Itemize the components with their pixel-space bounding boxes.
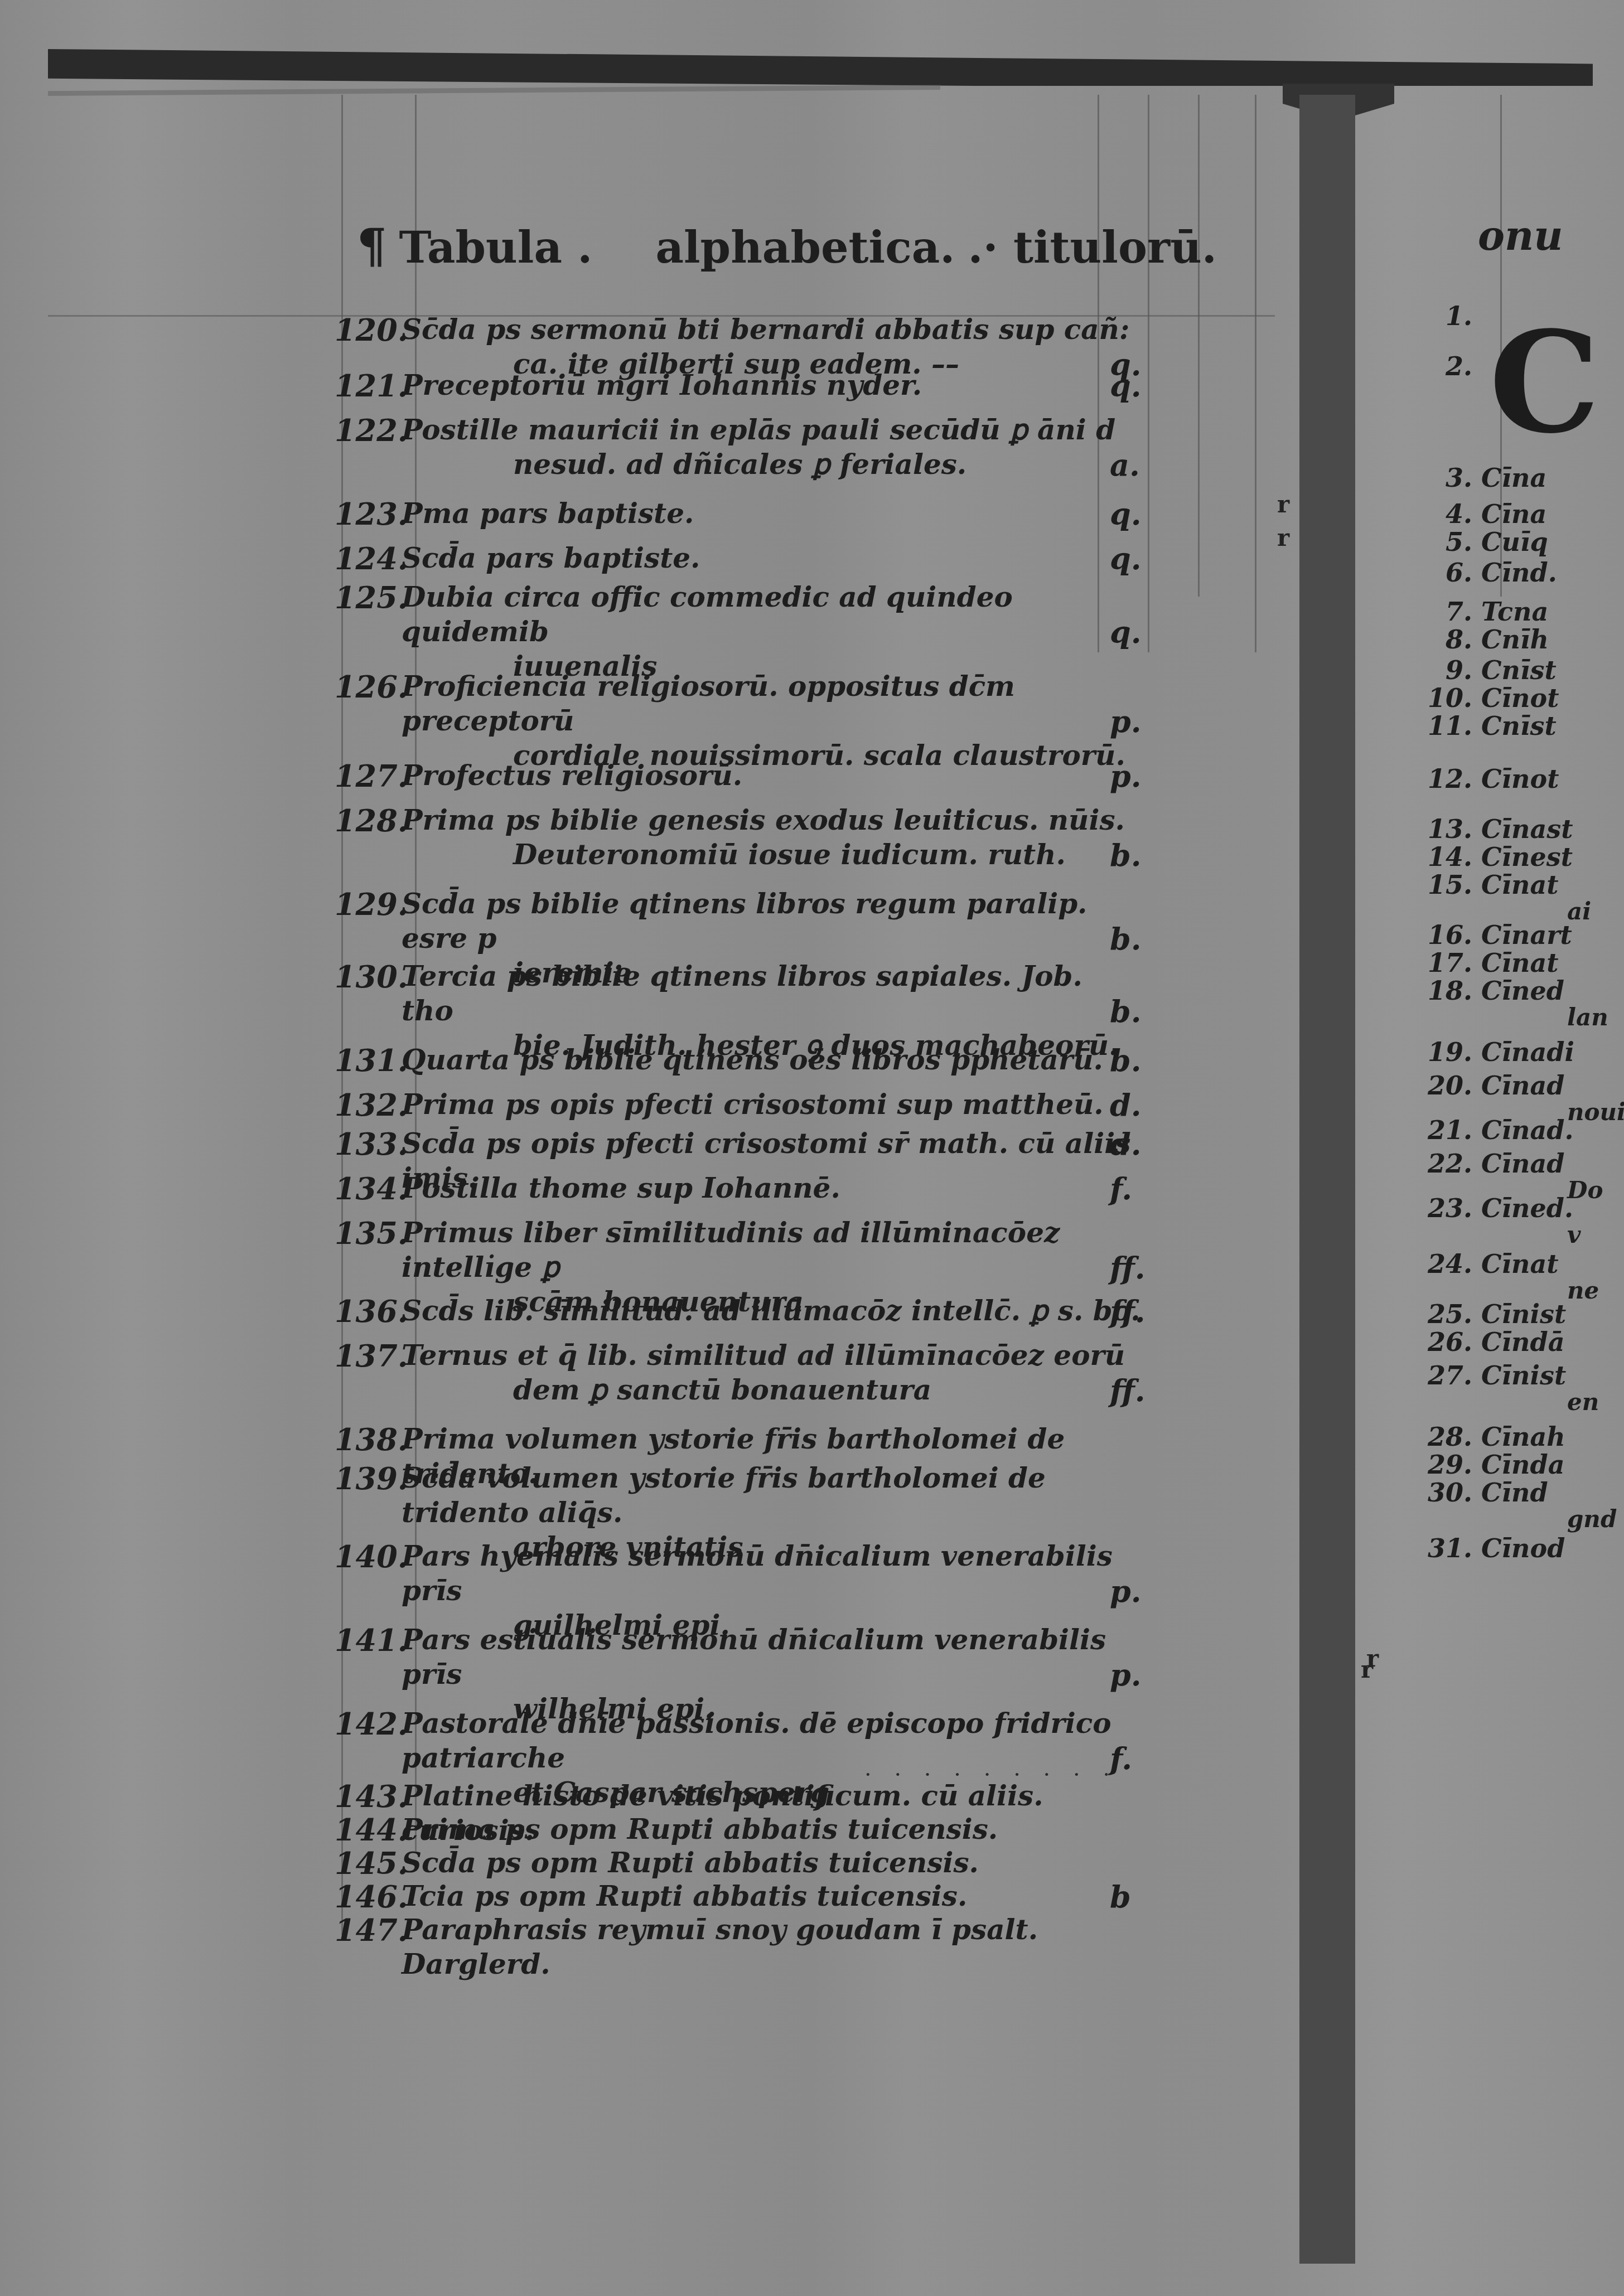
entry-number: 18. bbox=[1405, 976, 1481, 1006]
entry-number: 136. bbox=[335, 1294, 402, 1329]
shelf-mark: a. bbox=[1110, 447, 1154, 483]
entry-text-fragment: Cīnah bbox=[1481, 1422, 1615, 1452]
index-entry: 124.Scd̄a pars baptiste.q. bbox=[335, 541, 1143, 577]
entry-number: 1. bbox=[1405, 301, 1481, 331]
right-page-entry: 27.Cīnist bbox=[1405, 1360, 1615, 1391]
entry-line: Prima ps opm Rupti abbatis tuicensis. bbox=[402, 1812, 1143, 1847]
entry-number: 13. bbox=[1405, 814, 1481, 844]
shelf-mark: p. bbox=[1110, 704, 1154, 739]
entry-text-fragment: Cīnad bbox=[1481, 1071, 1615, 1101]
entry-number: 8. bbox=[1405, 624, 1481, 655]
entry-line: Tcia ps opm Rupti abbatis tuicensis. bbox=[402, 1879, 1143, 1914]
right-page-entry: 28.Cīnah bbox=[1405, 1422, 1615, 1452]
entry-number: 25. bbox=[1405, 1299, 1481, 1329]
entry-continuation-line: dem ꝑ sanctū bonauentura bbox=[402, 1373, 1143, 1407]
entry-number: 144. bbox=[335, 1812, 402, 1848]
entry-text-fragment bbox=[1481, 301, 1615, 331]
entry-number: 17. bbox=[1405, 948, 1481, 978]
right-page-entry: 30.Cīnd bbox=[1405, 1478, 1615, 1508]
index-entry: 136.Scd̄s lib. sīmilitud. ad illūmacōz i… bbox=[335, 1294, 1143, 1329]
right-page-entry: 21.Cīnad. bbox=[1405, 1115, 1615, 1145]
entry-text-fragment: Cīnot bbox=[1481, 683, 1615, 713]
binding-strip bbox=[1299, 95, 1355, 2264]
entry-number: 123. bbox=[335, 496, 402, 532]
entry-text-fragment: Cīnad bbox=[1481, 1149, 1615, 1179]
index-entry: 131.Quarta ps biblie qtinens oēs libros … bbox=[335, 1043, 1143, 1078]
right-page-entry: 25.Cīnist bbox=[1405, 1299, 1615, 1329]
entry-number: 20. bbox=[1405, 1071, 1481, 1101]
entry-line: Ternus et q̄ lib. similitud ad illūmīnac… bbox=[402, 1338, 1143, 1373]
right-page-entry: 6.Cīnd. bbox=[1405, 558, 1615, 588]
entry-number: 141. bbox=[335, 1622, 402, 1658]
entry-line: Scd̄a ps opm Rupti abbatis tuicensis. bbox=[402, 1845, 1143, 1880]
entry-line: Proficiencia religiosorū. oppositus dc̄m… bbox=[402, 669, 1143, 738]
entry-number: 12. bbox=[1405, 764, 1481, 794]
entry-title: Dubia circa offic commedic ad quindeo qu… bbox=[402, 580, 1143, 684]
right-page-entry: 10.Cīnot bbox=[1405, 683, 1615, 713]
entry-number: 9. bbox=[1405, 655, 1481, 685]
shelf-mark: q. bbox=[1110, 496, 1154, 532]
entry-title: Preceptoriū mgri Iohannis nyder. bbox=[402, 368, 1143, 403]
entry-number: 19. bbox=[1405, 1037, 1481, 1067]
entry-text-fragment: Cuīq bbox=[1481, 527, 1615, 557]
right-page-entry: 19.Cīnadi bbox=[1405, 1037, 1615, 1067]
entry-line: Scd̄a pars baptiste. bbox=[402, 541, 1143, 575]
margin-mark: r bbox=[1277, 524, 1289, 551]
entry-number: 4. bbox=[1405, 499, 1481, 529]
right-page-entry: 23.Cīned. bbox=[1405, 1193, 1615, 1223]
entry-text-fragment: Cīnist bbox=[1481, 1299, 1615, 1329]
shelf-mark: q. bbox=[1110, 614, 1154, 650]
right-page-entry: 3.Cīna bbox=[1405, 463, 1615, 493]
entry-text-fragment: Cīnd. bbox=[1481, 558, 1615, 588]
entry-number: 138. bbox=[335, 1422, 402, 1457]
entry-line: Quarta ps biblie qtinens oēs libros pphe… bbox=[402, 1043, 1143, 1077]
entry-number: 140. bbox=[335, 1539, 402, 1575]
entry-line: Pars estiualis sermonū dn̄icalium venera… bbox=[402, 1622, 1143, 1692]
entry-number: 24. bbox=[1405, 1249, 1481, 1279]
entry-number: 147. bbox=[335, 1912, 402, 1948]
entry-title: Postille mauricii in eplās pauli secūdū … bbox=[402, 413, 1143, 482]
right-page-entry: 13.Cīnast bbox=[1405, 814, 1615, 844]
index-entry: 145.Scd̄a ps opm Rupti abbatis tuicensis… bbox=[335, 1845, 1143, 1881]
entry-text-fragment: Cīnod bbox=[1481, 1533, 1615, 1563]
entry-line: Pars hyemalis sermonū dn̄icalium venerab… bbox=[402, 1539, 1143, 1608]
entry-number: 126. bbox=[335, 669, 402, 705]
entry-number: 142. bbox=[335, 1706, 402, 1742]
right-page-entry: 5.Cuīq bbox=[1405, 527, 1615, 557]
shelf-mark: ff. bbox=[1110, 1373, 1154, 1408]
entry-line: Preceptoriū mgri Iohannis nyder. bbox=[402, 368, 1143, 403]
entry-number: 128. bbox=[335, 803, 402, 839]
entry-number: 146. bbox=[335, 1879, 402, 1915]
entry-line: Dubia circa offic commedic ad quindeo qu… bbox=[402, 580, 1143, 649]
entry-number: 137. bbox=[335, 1338, 402, 1374]
entry-number: 131. bbox=[335, 1043, 402, 1078]
entry-number: 125. bbox=[335, 580, 402, 616]
entry-number: 122. bbox=[335, 413, 402, 448]
entry-title: Quarta ps biblie qtinens oēs libros pphe… bbox=[402, 1043, 1143, 1077]
right-page-entry: 24.Cīnat bbox=[1405, 1249, 1615, 1279]
index-entry: 144.Prima ps opm Rupti abbatis tuicensis… bbox=[335, 1812, 1143, 1848]
entry-text-fragment: Cīndā bbox=[1481, 1327, 1615, 1357]
entry-number: 135. bbox=[335, 1215, 402, 1251]
right-page-entry: 15.Cīnat bbox=[1405, 870, 1615, 900]
right-page-entry: 14.Cīnest bbox=[1405, 842, 1615, 872]
entry-title: Paraphrasis reymuī snoy goudam ī psalt. … bbox=[402, 1912, 1143, 1982]
entry-text-fragment: Tcna bbox=[1481, 597, 1615, 627]
entry-title: Prima ps opis pfecti crisostomi sup matt… bbox=[402, 1087, 1143, 1122]
entry-text-fragment: Cīnast bbox=[1481, 814, 1615, 844]
entry-number: 21. bbox=[1405, 1115, 1481, 1145]
paragraph-mark-icon: ¶ bbox=[357, 218, 386, 273]
entry-text-fragment: Cīned bbox=[1481, 976, 1615, 1006]
right-page-entry: 26.Cīndā bbox=[1405, 1327, 1615, 1357]
entry-text-fragment: Cīnat bbox=[1481, 870, 1615, 900]
index-entry: 146.Tcia ps opm Rupti abbatis tuicensis.… bbox=[335, 1879, 1143, 1915]
entry-number: 133. bbox=[335, 1126, 402, 1162]
entry-number: 22. bbox=[1405, 1149, 1481, 1179]
entry-line: Prima ps biblie genesis exodus leuiticus… bbox=[402, 803, 1143, 837]
shelf-mark: f. bbox=[1110, 1171, 1154, 1207]
entry-number: 23. bbox=[1405, 1193, 1481, 1223]
right-page-entry: 9.Cnīst bbox=[1405, 655, 1615, 685]
right-page-entry: 1. bbox=[1405, 301, 1615, 331]
entry-number: 10. bbox=[1405, 683, 1481, 713]
entry-text-fragment: Cnīst bbox=[1481, 711, 1615, 741]
entry-text-fragment: Cīnist bbox=[1481, 1360, 1615, 1391]
right-page-entry: 11.Cnīst bbox=[1405, 711, 1615, 741]
entry-number: 27. bbox=[1405, 1360, 1481, 1391]
right-page-header: onu bbox=[1478, 212, 1563, 259]
entry-number: 132. bbox=[335, 1087, 402, 1123]
page-title: ¶ Tabula . alphabetica. .· titulorū. bbox=[357, 212, 1277, 273]
entry-line: Scd̄s lib. sīmilitud. ad illūmacōz intel… bbox=[402, 1294, 1143, 1328]
entry-text-fragment: Cīned. bbox=[1481, 1193, 1615, 1223]
entry-text-fragment: Cnīst bbox=[1481, 655, 1615, 685]
shelf-mark: b. bbox=[1110, 921, 1154, 957]
index-entry: 122.Postille mauricii in eplās pauli sec… bbox=[335, 413, 1143, 482]
index-entry: 125.Dubia circa offic commedic ad quinde… bbox=[335, 580, 1143, 684]
ruling-line-extra-1 bbox=[1198, 95, 1200, 597]
entry-text-fragment: Cīnest bbox=[1481, 842, 1615, 872]
shelf-mark: ff. bbox=[1110, 1294, 1154, 1329]
entry-number: 11. bbox=[1405, 711, 1481, 741]
shelf-mark: q. bbox=[1110, 368, 1154, 404]
entry-line: Postille mauricii in eplās pauli secūdū … bbox=[402, 413, 1143, 447]
entry-number: 31. bbox=[1405, 1533, 1481, 1563]
entry-text-fragment bbox=[1481, 351, 1615, 381]
shelf-mark: b. bbox=[1110, 994, 1154, 1029]
shelf-mark: p. bbox=[1110, 758, 1154, 794]
entry-line: Scd̄a ps biblie qtinens libros regum par… bbox=[402, 887, 1143, 956]
entry-text-fragment: Cīnda bbox=[1481, 1450, 1615, 1480]
entry-line: Sc̄da ps sermonū bti bernardi abbatis su… bbox=[402, 312, 1143, 347]
entry-line: Postilla thome sup Iohannē. bbox=[402, 1171, 1143, 1205]
entry-number: 121. bbox=[335, 368, 402, 404]
ink-dots: · · · · · · · · · bbox=[864, 1762, 1118, 1788]
entry-text-fragment: Cnīh bbox=[1481, 624, 1615, 655]
entry-number: 130. bbox=[335, 959, 402, 995]
entry-number: 7. bbox=[1405, 597, 1481, 627]
entry-number: 16. bbox=[1405, 920, 1481, 950]
entry-text-fragment: Cīnat bbox=[1481, 1249, 1615, 1279]
shelf-mark: d. bbox=[1110, 1087, 1154, 1123]
entry-number: 30. bbox=[1405, 1478, 1481, 1508]
entry-number: 5. bbox=[1405, 527, 1481, 557]
entry-line: Primus liber sīmilitudinis ad illūminacō… bbox=[402, 1215, 1143, 1285]
entry-line: Scd̄a volumen ystorie fr̄is bartholomei … bbox=[402, 1461, 1143, 1530]
index-entry: 121.Preceptoriū mgri Iohannis nyder.q. bbox=[335, 368, 1143, 404]
entry-number: 2. bbox=[1405, 351, 1481, 381]
entry-number: 129. bbox=[335, 887, 402, 922]
entry-line: Profectus religiosorū. bbox=[402, 758, 1143, 793]
shelf-mark: b. bbox=[1110, 1043, 1154, 1078]
entry-title: Tcia ps opm Rupti abbatis tuicensis. bbox=[402, 1879, 1143, 1914]
index-entry: 132.Prima ps opis pfecti crisostomi sup … bbox=[335, 1087, 1143, 1123]
entry-text-fragment: Cīnat bbox=[1481, 948, 1615, 978]
entry-line: Tercia ps biblie qtinens libros sapiales… bbox=[402, 959, 1143, 1028]
entry-title: Ternus et q̄ lib. similitud ad illūmīnac… bbox=[402, 1338, 1143, 1407]
index-entry: 134.Postilla thome sup Iohannē.f. bbox=[335, 1171, 1143, 1207]
entry-number: 26. bbox=[1405, 1327, 1481, 1357]
entry-number: 3. bbox=[1405, 463, 1481, 493]
entry-number: 145. bbox=[335, 1845, 402, 1881]
entry-text-fragment: Cīnad. bbox=[1481, 1115, 1615, 1145]
entry-text-fragment: Cīnadi bbox=[1481, 1037, 1615, 1067]
entry-text-fragment: Cīna bbox=[1481, 499, 1615, 529]
right-page-entry: 22.Cīnad bbox=[1405, 1149, 1615, 1179]
margin-mark: r bbox=[1366, 1645, 1379, 1672]
entry-number: 139. bbox=[335, 1461, 402, 1496]
index-entry: 127.Profectus religiosorū.p. bbox=[335, 758, 1143, 794]
title-word-titulorum: .· titulorū. bbox=[968, 222, 1216, 273]
shelf-mark: ff. bbox=[1110, 1250, 1154, 1286]
entry-number: 28. bbox=[1405, 1422, 1481, 1452]
entry-number: 120. bbox=[335, 312, 402, 348]
entry-number: 29. bbox=[1405, 1450, 1481, 1480]
shelf-mark: p. bbox=[1110, 1573, 1154, 1609]
entry-text-fragment: Cīna bbox=[1481, 463, 1615, 493]
index-entry: 137.Ternus et q̄ lib. similitud ad illūm… bbox=[335, 1338, 1143, 1407]
entry-number: 134. bbox=[335, 1171, 402, 1207]
decorated-initial: C bbox=[1489, 312, 1600, 452]
entry-number: 14. bbox=[1405, 842, 1481, 872]
index-entry: 123.Pma pars baptiste.q. bbox=[335, 496, 1143, 532]
right-page-entry: 8.Cnīh bbox=[1405, 624, 1615, 655]
entry-continuation-line: Deuteronomiū iosue iudicum. ruth. bbox=[402, 837, 1143, 872]
entry-text-fragment: Cīnart bbox=[1481, 920, 1615, 950]
title-word-alphabetica: alphabetica. bbox=[655, 222, 968, 273]
entry-title: Scd̄a pars baptiste. bbox=[402, 541, 1143, 575]
entry-text-fragment: Cīnd bbox=[1481, 1478, 1615, 1508]
shelf-mark: b bbox=[1110, 1879, 1154, 1915]
entry-line: Paraphrasis reymuī snoy goudam ī psalt. … bbox=[402, 1912, 1143, 1982]
entry-title: Pma pars baptiste. bbox=[402, 496, 1143, 531]
right-page-entry: 31.Cīnod bbox=[1405, 1533, 1615, 1563]
right-page-entry: 29.Cīnda bbox=[1405, 1450, 1615, 1480]
ruling-line-extra-2 bbox=[1255, 95, 1256, 652]
right-page-entry: 16.Cīnart bbox=[1405, 920, 1615, 950]
entry-number: 124. bbox=[335, 541, 402, 577]
entry-number: 6. bbox=[1405, 558, 1481, 588]
shelf-mark: d. bbox=[1110, 1126, 1154, 1162]
entry-text-fragment: Cīnot bbox=[1481, 764, 1615, 794]
right-page-entry: 20.Cīnad bbox=[1405, 1071, 1615, 1101]
entry-title: Postilla thome sup Iohannē. bbox=[402, 1171, 1143, 1205]
entry-number: 15. bbox=[1405, 870, 1481, 900]
right-page-entry: 4.Cīna bbox=[1405, 499, 1615, 529]
entry-title: Prima ps biblie genesis exodus leuiticus… bbox=[402, 803, 1143, 872]
shelf-mark: b. bbox=[1110, 837, 1154, 873]
entry-title: Proficiencia religiosorū. oppositus dc̄m… bbox=[402, 669, 1143, 773]
entry-line: Pma pars baptiste. bbox=[402, 496, 1143, 531]
entry-title: Prima ps opm Rupti abbatis tuicensis. bbox=[402, 1812, 1143, 1847]
entry-title: Scd̄a ps opm Rupti abbatis tuicensis. bbox=[402, 1845, 1143, 1880]
entry-number: 143. bbox=[335, 1779, 402, 1814]
entry-line: Prima ps opis pfecti crisostomi sup matt… bbox=[402, 1087, 1143, 1122]
entry-continuation-line: nesud. ad dñicales ꝑ feriales. bbox=[402, 447, 1143, 482]
right-page-entry: 2. bbox=[1405, 351, 1615, 381]
margin-mark: r bbox=[1277, 491, 1289, 518]
index-entry: 126.Proficiencia religiosorū. oppositus … bbox=[335, 669, 1143, 773]
right-page-entry: 17.Cīnat bbox=[1405, 948, 1615, 978]
entry-title: Scd̄s lib. sīmilitud. ad illūmacōz intel… bbox=[402, 1294, 1143, 1328]
index-entry: 147.Paraphrasis reymuī snoy goudam ī psa… bbox=[335, 1912, 1143, 1982]
shelf-mark: q. bbox=[1110, 541, 1154, 577]
entry-title: Profectus religiosorū. bbox=[402, 758, 1143, 793]
entry-number: 127. bbox=[335, 758, 402, 794]
shelf-mark: p. bbox=[1110, 1657, 1154, 1693]
right-page-entry: 12.Cīnot bbox=[1405, 764, 1615, 794]
right-page-entry: 7.Tcna bbox=[1405, 597, 1615, 627]
title-word-tabula: Tabula . bbox=[399, 222, 655, 273]
index-entry: 128.Prima ps biblie genesis exodus leuit… bbox=[335, 803, 1143, 872]
right-page-entry: 18.Cīned bbox=[1405, 976, 1615, 1006]
